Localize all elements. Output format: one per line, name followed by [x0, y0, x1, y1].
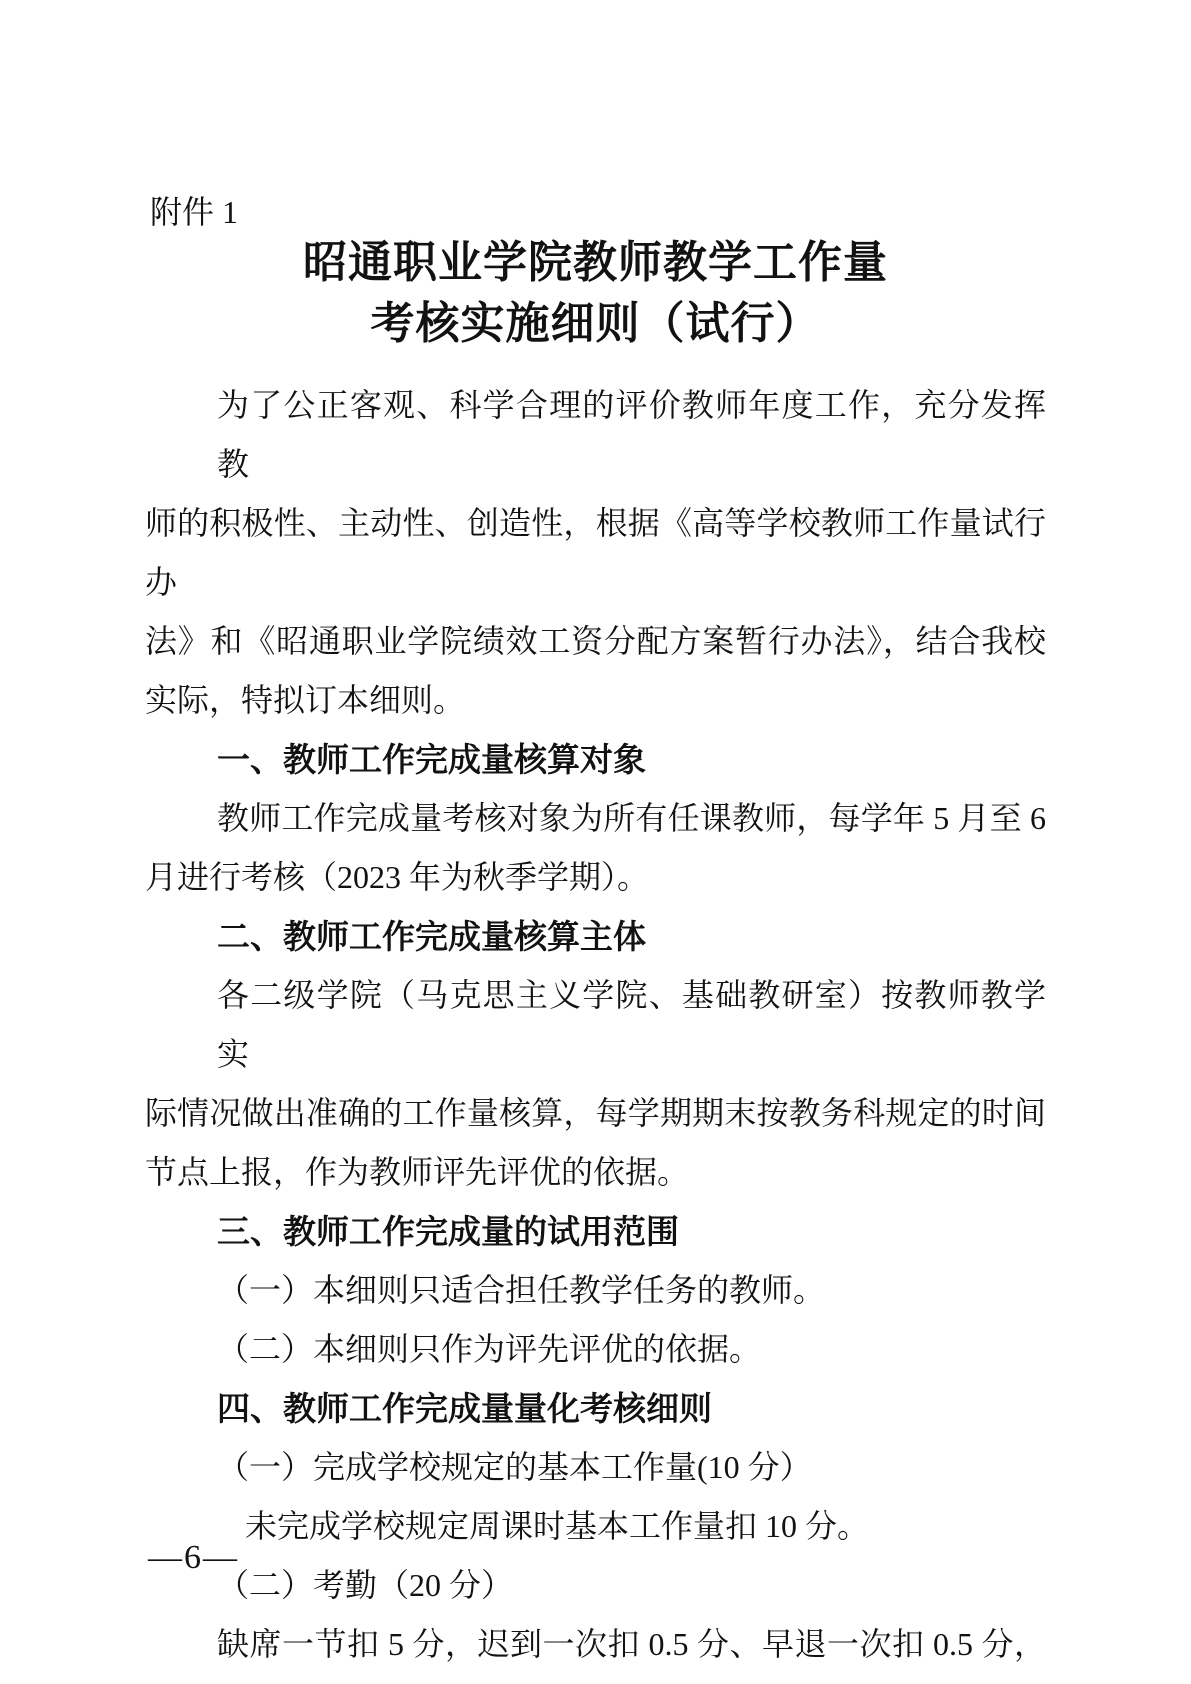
sub-item-heading: （二）考勤（20 分） [145, 1556, 1046, 1615]
body-line: 各二级学院（马克思主义学院、基础教研室）按教师教学实 [145, 966, 1046, 1084]
body-line: 未完成学校规定周课时基本工作量扣 10 分。 [145, 1497, 1046, 1556]
body-line: 法》和《昭通职业学院绩效工资分配方案暂行办法》，结合我校 [145, 612, 1046, 671]
body-line: 际情况做出准确的工作量核算，每学期期末按教务科规定的时间 [145, 1084, 1046, 1143]
body-line: 为了公正客观、科学合理的评价教师年度工作，充分发挥教 [145, 376, 1046, 494]
body-line: 月进行考核（2023 年为秋季学期）。 [145, 848, 1046, 907]
body-line: 师的积极性、主动性、创造性，根据《高等学校教师工作量试行办 [145, 494, 1046, 612]
list-item: （一）本细则只适合担任教学任务的教师。 [145, 1261, 1046, 1320]
document-title-line-2: 考核实施细则（试行） [145, 293, 1046, 354]
section-heading-1: 一、教师工作完成量核算对象 [145, 730, 1046, 789]
section-heading-2: 二、教师工作完成量核算主体 [145, 907, 1046, 966]
document-page: 附件 1 昭通职业学院教师教学工作量 考核实施细则（试行） 为了公正客观、科学合… [0, 0, 1191, 1684]
section-heading-3: 三、教师工作完成量的试用范围 [145, 1202, 1046, 1261]
attachment-label: 附件 1 [150, 192, 238, 232]
list-item: （二）本细则只作为评先评优的依据。 [145, 1320, 1046, 1379]
sub-item-heading: （一）完成学校规定的基本工作量(10 分） [145, 1438, 1046, 1497]
body-line: 缺席一节扣 5 分，迟到一次扣 0.5 分、早退一次扣 0.5 分， [145, 1615, 1046, 1674]
document-title-line-1: 昭通职业学院教师教学工作量 [145, 232, 1046, 293]
body-line: 节点上报，作为教师评先评优的依据。 [145, 1143, 1046, 1202]
section-heading-4: 四、教师工作完成量量化考核细则 [145, 1379, 1046, 1438]
document-title: 昭通职业学院教师教学工作量 考核实施细则（试行） [145, 232, 1046, 354]
body-line: 教师工作完成量考核对象为所有任课教师，每学年 5 月至 6 [145, 789, 1046, 848]
document-body: 为了公正客观、科学合理的评价教师年度工作，充分发挥教 师的积极性、主动性、创造性… [145, 376, 1046, 1674]
body-line: 实际，特拟订本细则。 [145, 671, 1046, 730]
page-number: —6— [148, 1538, 239, 1578]
